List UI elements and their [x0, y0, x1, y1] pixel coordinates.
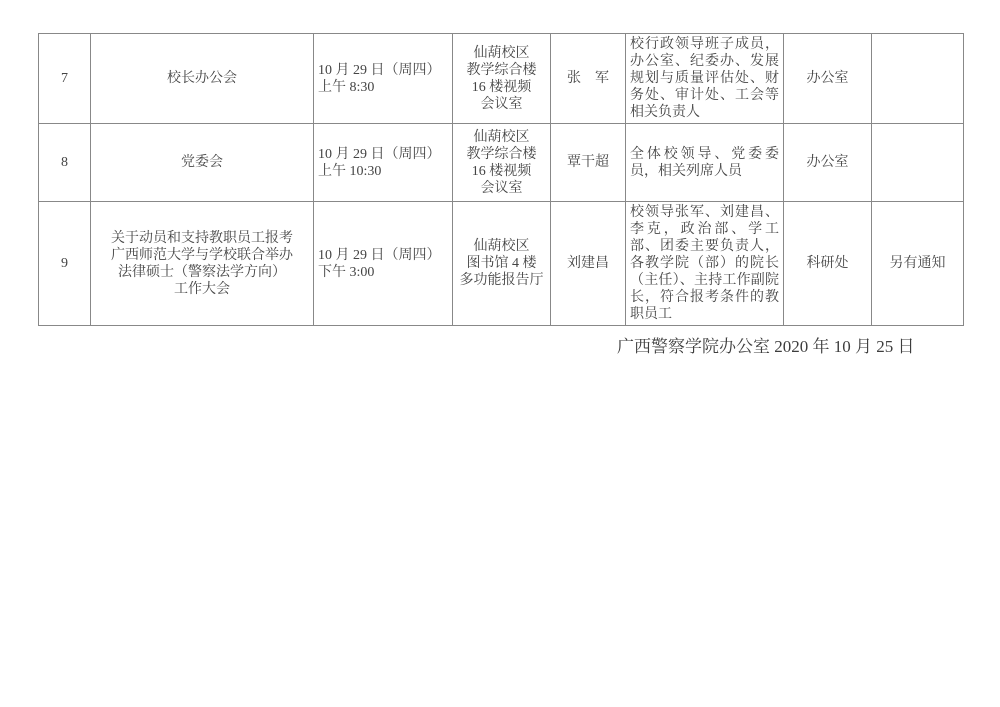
table-row: 7 校长办公会 10 月 29 日（周四） 上午 8:30 仙葫校区 教学综合楼…: [39, 34, 964, 124]
cell-organizer: 办公室: [784, 34, 872, 124]
cell-host: 覃干超: [551, 124, 626, 202]
cell-number: 9: [39, 202, 91, 326]
cell-meeting-name: 党委会: [91, 124, 314, 202]
signature-line: 广西警察学院办公室 2020 年 10 月 25 日: [617, 336, 915, 357]
cell-host: 刘建昌: [551, 202, 626, 326]
cell-remark: [872, 34, 964, 124]
cell-remark: [872, 124, 964, 202]
cell-remark: 另有通知: [872, 202, 964, 326]
document-page: 7 校长办公会 10 月 29 日（周四） 上午 8:30 仙葫校区 教学综合楼…: [0, 0, 1000, 707]
cell-meeting-name: 关于动员和支持教职员工报考 广西师范大学与学校联合举办 法律硕士（警察法学方向）…: [91, 202, 314, 326]
cell-attendees: 校领导张军、刘建昌、李克，政治部、学工部、团委主要负责人，各教学院（部）的院长（…: [626, 202, 784, 326]
table-row: 9 关于动员和支持教职员工报考 广西师范大学与学校联合举办 法律硕士（警察法学方…: [39, 202, 964, 326]
cell-attendees: 校行政领导班子成员，办公室、纪委办、发展规划与质量评估处、财务处、审计处、工会等…: [626, 34, 784, 124]
cell-meeting-name: 校长办公会: [91, 34, 314, 124]
cell-organizer: 科研处: [784, 202, 872, 326]
cell-number: 7: [39, 34, 91, 124]
cell-organizer: 办公室: [784, 124, 872, 202]
cell-datetime: 10 月 29 日（周四） 上午 8:30: [314, 34, 453, 124]
table-row: 8 党委会 10 月 29 日（周四） 上午 10:30 仙葫校区 教学综合楼 …: [39, 124, 964, 202]
cell-attendees: 全体校领导、党委委员，相关列席人员: [626, 124, 784, 202]
cell-location: 仙葫校区 教学综合楼 16 楼视频 会议室: [453, 34, 551, 124]
cell-host: 张 军: [551, 34, 626, 124]
meeting-schedule-table: 7 校长办公会 10 月 29 日（周四） 上午 8:30 仙葫校区 教学综合楼…: [38, 33, 964, 326]
cell-location: 仙葫校区 教学综合楼 16 楼视频 会议室: [453, 124, 551, 202]
cell-datetime: 10 月 29 日（周四） 下午 3:00: [314, 202, 453, 326]
cell-number: 8: [39, 124, 91, 202]
cell-datetime: 10 月 29 日（周四） 上午 10:30: [314, 124, 453, 202]
cell-location: 仙葫校区 图书馆 4 楼 多功能报告厅: [453, 202, 551, 326]
